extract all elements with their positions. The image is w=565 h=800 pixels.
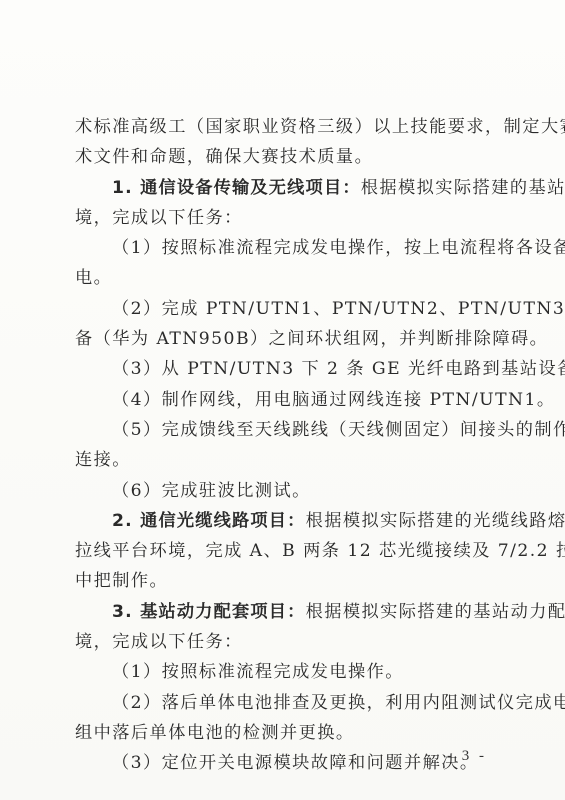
task-3-1-line: （1）按照标准流程完成发电操作。 [75,657,489,687]
line-text: （1）按照标准流程完成发电操作，按上电流程将各设备上 [112,238,565,258]
text-line-18: 境，完成以下任务： [75,627,489,657]
line-text: 备（华为 ATN950B）之间环状组网，并判断排除障碍。 [75,329,548,349]
task-3-3-line: （3）定位开关电源模块故障和问题并解决。 [75,748,489,778]
section-2-heading: 2. 通信光缆线路项目： [112,511,306,531]
section-1-heading-line: 1. 通信设备传输及无线项目：根据模拟实际搭建的基站环 [75,173,489,203]
task-1-1-line: （1）按照标准流程完成发电操作，按上电流程将各设备上 [75,233,489,263]
document-page: 术标准高级工（国家职业资格三级）以上技能要求，制定大赛技 术文件和命题，确保大赛… [0,0,565,800]
task-3-2-line: （2）落后单体电池排查及更换，利用内阻测试仪完成电池 [75,688,489,718]
line-text: （2）完成 PTN/UTN1、PTN/UTN2、PTN/UTN3 三个分组传输设 [112,299,565,319]
section-1-heading: 1. 通信设备传输及无线项目： [112,178,361,198]
text-line-6: 电。 [75,263,489,293]
line-text: 术标准高级工（国家职业资格三级）以上技能要求，制定大赛技 [75,117,565,137]
line-text: （5）完成馈线至天线跳线（天线侧固定）间接头的制作和 [112,420,565,440]
line-text: 根据模拟实际搭建的基站环 [361,178,565,198]
task-1-3-line: （3）从 PTN/UTN3 下 2 条 GE 光纤电路到基站设备(BBU3900… [75,354,489,384]
line-text: 拉线平台环境，完成 A、B 两条 12 芯光缆接续及 7/2.2 拉线上把、 [75,541,565,561]
line-text: 根据模拟实际搭建的光缆线路熔接及 [306,511,565,531]
line-text: （3）从 PTN/UTN3 下 2 条 GE 光纤电路到基站设备(BBU3900… [112,359,565,379]
section-3-heading-line: 3. 基站动力配套项目：根据模拟实际搭建的基站动力配套环 [75,597,489,627]
text-line-15: 拉线平台环境，完成 A、B 两条 12 芯光缆接续及 7/2.2 拉线上把、 [75,536,489,566]
text-line-4: 境，完成以下任务： [75,203,489,233]
line-text: 境，完成以下任务： [75,632,243,652]
line-text: 电。 [75,268,112,288]
document-body: 术标准高级工（国家职业资格三级）以上技能要求，制定大赛技 术文件和命题，确保大赛… [75,112,489,779]
line-text: 根据模拟实际搭建的基站动力配套环 [306,602,565,622]
text-line-1: 术标准高级工（国家职业资格三级）以上技能要求，制定大赛技 [75,112,489,142]
page-number: - 3 - [447,748,487,765]
line-text: 境，完成以下任务： [75,208,243,228]
line-text: （3）定位开关电源模块故障和问题并解决。 [112,753,479,773]
text-line-21: 组中落后单体电池的检测并更换。 [75,718,489,748]
section-2-heading-line: 2. 通信光缆线路项目：根据模拟实际搭建的光缆线路熔接及 [75,506,489,536]
task-1-6-line: （6）完成驻波比测试。 [75,476,489,506]
line-text: 中把制作。 [75,571,168,591]
line-text: 术文件和命题，确保大赛技术质量。 [75,147,373,167]
line-text: （2）落后单体电池排查及更换，利用内阻测试仪完成电池 [112,693,565,713]
line-text: （1）按照标准流程完成发电操作。 [112,662,404,682]
text-line-16: 中把制作。 [75,566,489,596]
line-text: （4）制作网线，用电脑通过网线连接 PTN/UTN1。 [112,390,556,410]
line-text: 组中落后单体电池的检测并更换。 [75,723,355,743]
text-line-2: 术文件和命题，确保大赛技术质量。 [75,142,489,172]
task-1-5-line: （5）完成馈线至天线跳线（天线侧固定）间接头的制作和 [75,415,489,445]
section-3-heading: 3. 基站动力配套项目： [112,602,306,622]
text-line-12: 连接。 [75,445,489,475]
line-text: （6）完成驻波比测试。 [112,481,311,501]
line-text: 连接。 [75,450,131,470]
task-1-4-line: （4）制作网线，用电脑通过网线连接 PTN/UTN1。 [75,385,489,415]
task-1-2-line: （2）完成 PTN/UTN1、PTN/UTN2、PTN/UTN3 三个分组传输设 [75,294,489,324]
text-line-8: 备（华为 ATN950B）之间环状组网，并判断排除障碍。 [75,324,489,354]
